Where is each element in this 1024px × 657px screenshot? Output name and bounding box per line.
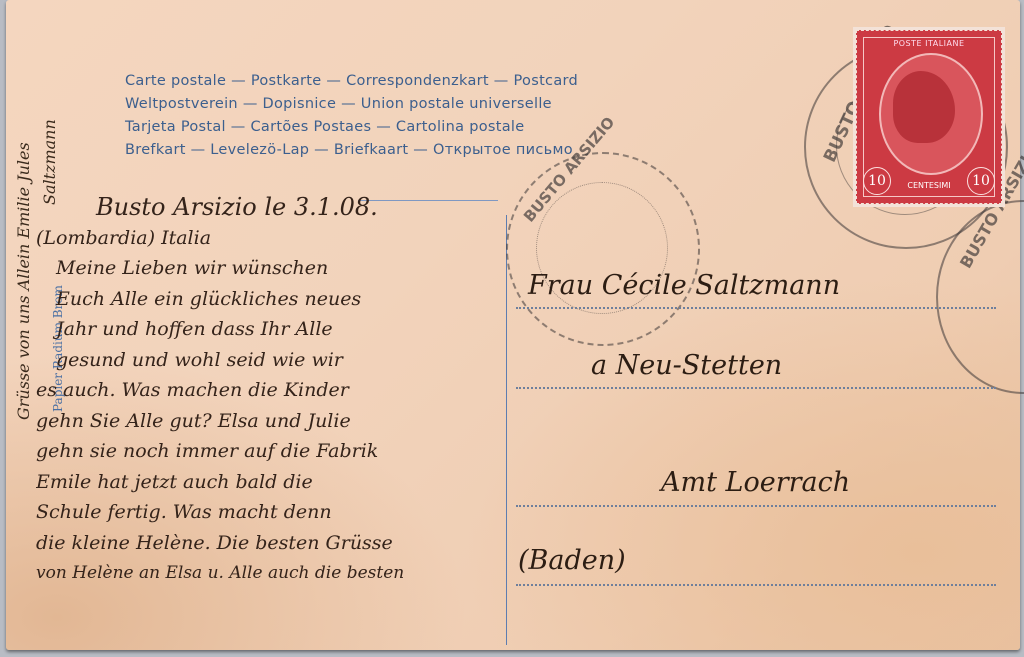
side-handwritten-greeting: Grüsse von uns Allein Emilie Jules [14, 142, 33, 420]
stamp-value-left: 10 [863, 167, 891, 195]
postmark-center: BUSTO ARSIZIO [506, 152, 700, 346]
header-line: Weltpostverein — Dopisnice — Union posta… [125, 93, 578, 116]
address-district: Amt Loerrach [661, 467, 850, 498]
printed-header: Carte postale — Postkarte — Corresponden… [125, 70, 578, 162]
address-rule [516, 505, 996, 507]
stamp-value-right: 10 [967, 167, 995, 195]
stamp-country: POSTE ITALIANE [857, 39, 1001, 48]
postage-stamp: POSTE ITALIANE 10 CENTESIMI 10 [856, 30, 1002, 204]
message-line: Euch Alle ein glückliches neues [36, 284, 506, 315]
header-line: Brefkart — Levelezö-Lap — Briefkaart — О… [125, 139, 578, 162]
message-line: gesund und wohl seid wie wir [36, 345, 506, 376]
postcard-back: Carte postale — Postkarte — Corresponden… [6, 0, 1020, 650]
message-line: es auch. Was machen die Kinder [36, 375, 506, 406]
message-line: die kleine Helène. Die besten Grüsse [36, 528, 506, 559]
address-rule [516, 307, 996, 309]
message-line: Schule fertig. Was macht denn [36, 497, 506, 528]
header-line: Carte postale — Postkarte — Corresponden… [125, 70, 578, 93]
message-line: gehn Sie Alle gut? Elsa und Julie [36, 406, 506, 437]
address-town: a Neu-Stetten [591, 350, 782, 381]
header-line: Tarjeta Postal — Cartões Postaes — Carto… [125, 116, 578, 139]
message-line: Busto Arsizio le 3.1.08. [36, 192, 506, 223]
message-line: von Helène an Elsa u. Alle auch die best… [36, 558, 506, 589]
address-rule [516, 387, 996, 389]
message-line: (Lombardia) Italia [36, 223, 506, 254]
center-divider [506, 215, 507, 645]
message-line: Meine Lieben wir wünschen [36, 253, 506, 284]
message-line: gehn sie noch immer auf die Fabrik [36, 436, 506, 467]
address-rule [516, 584, 996, 586]
stamp-denomination: CENTESIMI [891, 181, 967, 190]
handwritten-message: Busto Arsizio le 3.1.08. (Lombardia) Ita… [36, 192, 506, 589]
message-line: Jahr und hoffen dass Ihr Alle [36, 314, 506, 345]
address-region: (Baden) [518, 545, 626, 576]
message-line: Emile hat jetzt auch bald die [36, 467, 506, 498]
address-recipient: Frau Cécile Saltzmann [528, 270, 840, 301]
